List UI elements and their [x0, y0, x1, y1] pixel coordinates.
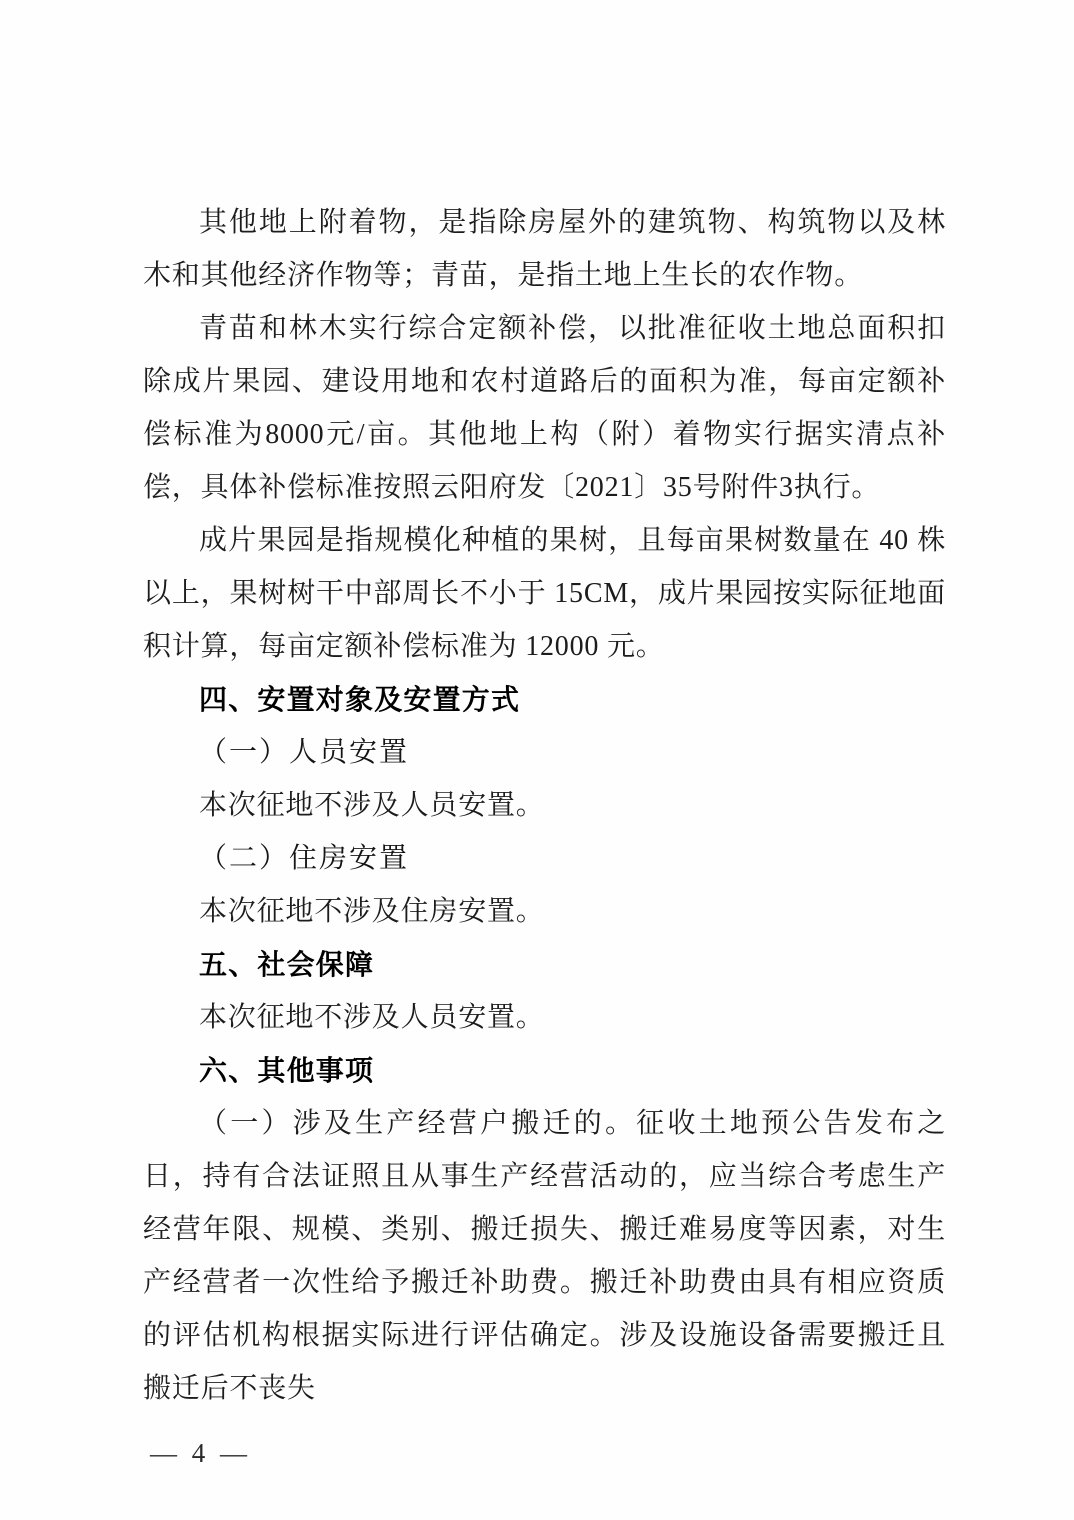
sub-heading: （一）人员安置 — [143, 726, 946, 779]
paragraph: 本次征地不涉及人员安置。 — [143, 991, 946, 1044]
document-body: 其他地上附着物，是指除房屋外的建筑物、构筑物以及林木和其他经济作物等；青苗，是指… — [143, 196, 946, 1415]
paragraph: （一）涉及生产经营户搬迁的。征收土地预公告发布之日，持有合法证照且从事生产经营活… — [143, 1097, 946, 1415]
page-number: — 4 — — [150, 1438, 251, 1469]
paragraph: 成片果园是指规模化种植的果树，且每亩果树数量在 40 株以上，果树树干中部周长不… — [143, 514, 946, 673]
paragraph: 青苗和林木实行综合定额补偿，以批准征收土地总面积扣除成片果园、建设用地和农村道路… — [143, 302, 946, 514]
paragraph: 其他地上附着物，是指除房屋外的建筑物、构筑物以及林木和其他经济作物等；青苗，是指… — [143, 196, 946, 302]
section-heading: 四、安置对象及安置方式 — [143, 673, 946, 726]
section-heading: 五、社会保障 — [143, 938, 946, 991]
sub-heading: （二）住房安置 — [143, 832, 946, 885]
section-heading: 六、其他事项 — [143, 1044, 946, 1097]
paragraph: 本次征地不涉及人员安置。 — [143, 779, 946, 832]
document-page: 其他地上附着物，是指除房屋外的建筑物、构筑物以及林木和其他经济作物等；青苗，是指… — [0, 0, 1074, 1520]
paragraph: 本次征地不涉及住房安置。 — [143, 885, 946, 938]
